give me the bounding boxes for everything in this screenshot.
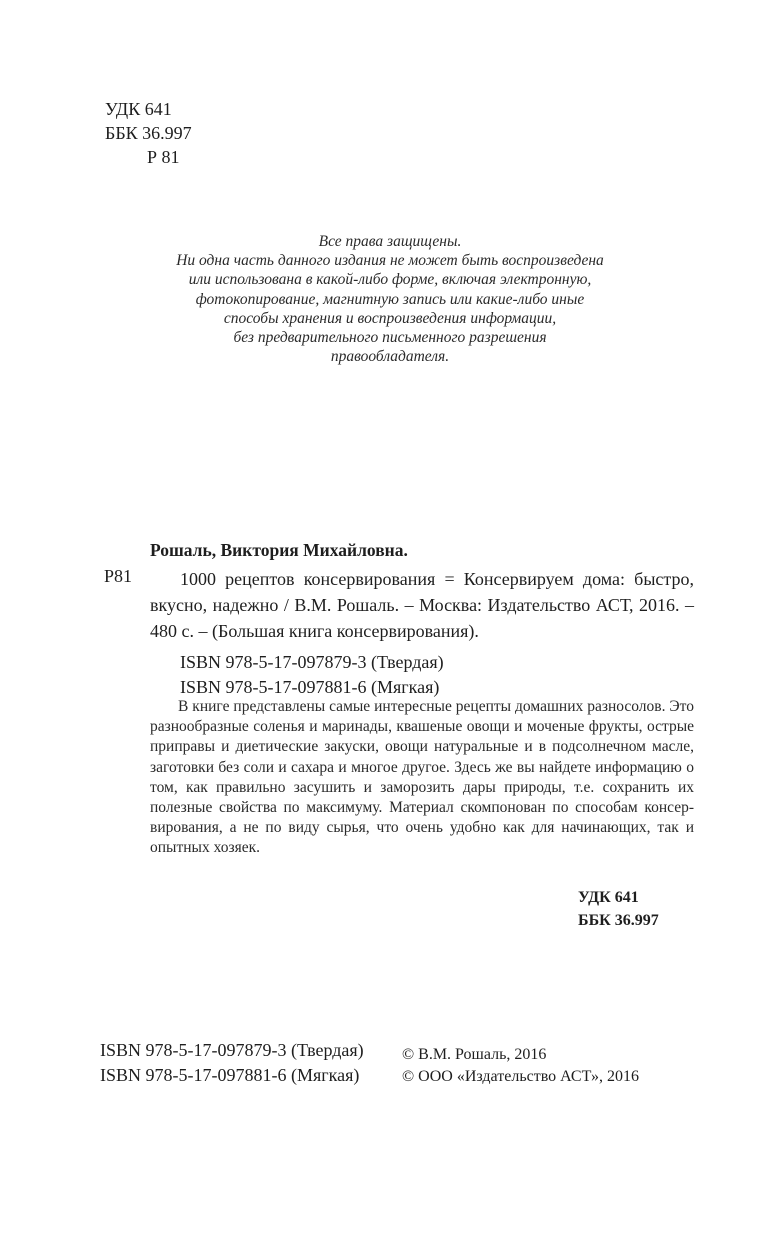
bbk-code: ББК 36.997: [105, 121, 192, 145]
author-mark: Р 81: [105, 145, 192, 169]
rights-line: Все права защищены.: [120, 232, 660, 251]
rights-line: Ни одна часть данного издания не может б…: [120, 251, 660, 270]
copyright-publisher: © ООО «Издательство АСТ», 2016: [402, 1066, 639, 1088]
book-annotation: В книге представлены самые интересные ре…: [150, 697, 694, 859]
isbn-hardcover: ISBN 978-5-17-097879-3 (Твердая): [180, 650, 444, 675]
rights-notice: Все права защищены. Ни одна часть данног…: [120, 232, 660, 366]
rights-line: правообладателя.: [120, 347, 660, 366]
footer-isbn-list: ISBN 978-5-17-097879-3 (Твердая) ISBN 97…: [100, 1038, 364, 1088]
bibliographic-citation: 1000 рецептов консервирования = Консерви…: [150, 566, 694, 644]
catalog-isbn-list: ISBN 978-5-17-097879-3 (Твердая) ISBN 97…: [180, 650, 444, 700]
catalog-codes: УДК 641 ББК 36.997: [578, 886, 659, 932]
rights-line: способы хранения и воспроизведения инфор…: [120, 309, 660, 328]
rights-line: или использована в какой-либо форме, вкл…: [120, 270, 660, 289]
rights-line: без предварительного письменного разреше…: [120, 328, 660, 347]
catalog-author: Рошаль, Виктория Михайловна.: [150, 540, 408, 561]
footer-isbn-hardcover: ISBN 978-5-17-097879-3 (Твердая): [100, 1038, 364, 1063]
copyright-notice: © В.М. Рошаль, 2016 © ООО «Издательство …: [402, 1044, 639, 1088]
shelf-mark: Р81: [104, 566, 132, 587]
copyright-author: © В.М. Рошаль, 2016: [402, 1044, 639, 1066]
catalog-udk: УДК 641: [578, 886, 659, 909]
footer-isbn-softcover: ISBN 978-5-17-097881-6 (Мягкая): [100, 1063, 364, 1088]
classification-codes: УДК 641 ББК 36.997 Р 81: [105, 97, 192, 169]
udk-code: УДК 641: [105, 97, 192, 121]
catalog-bbk: ББК 36.997: [578, 909, 659, 932]
rights-line: фотокопирование, магнитную запись или ка…: [120, 290, 660, 309]
